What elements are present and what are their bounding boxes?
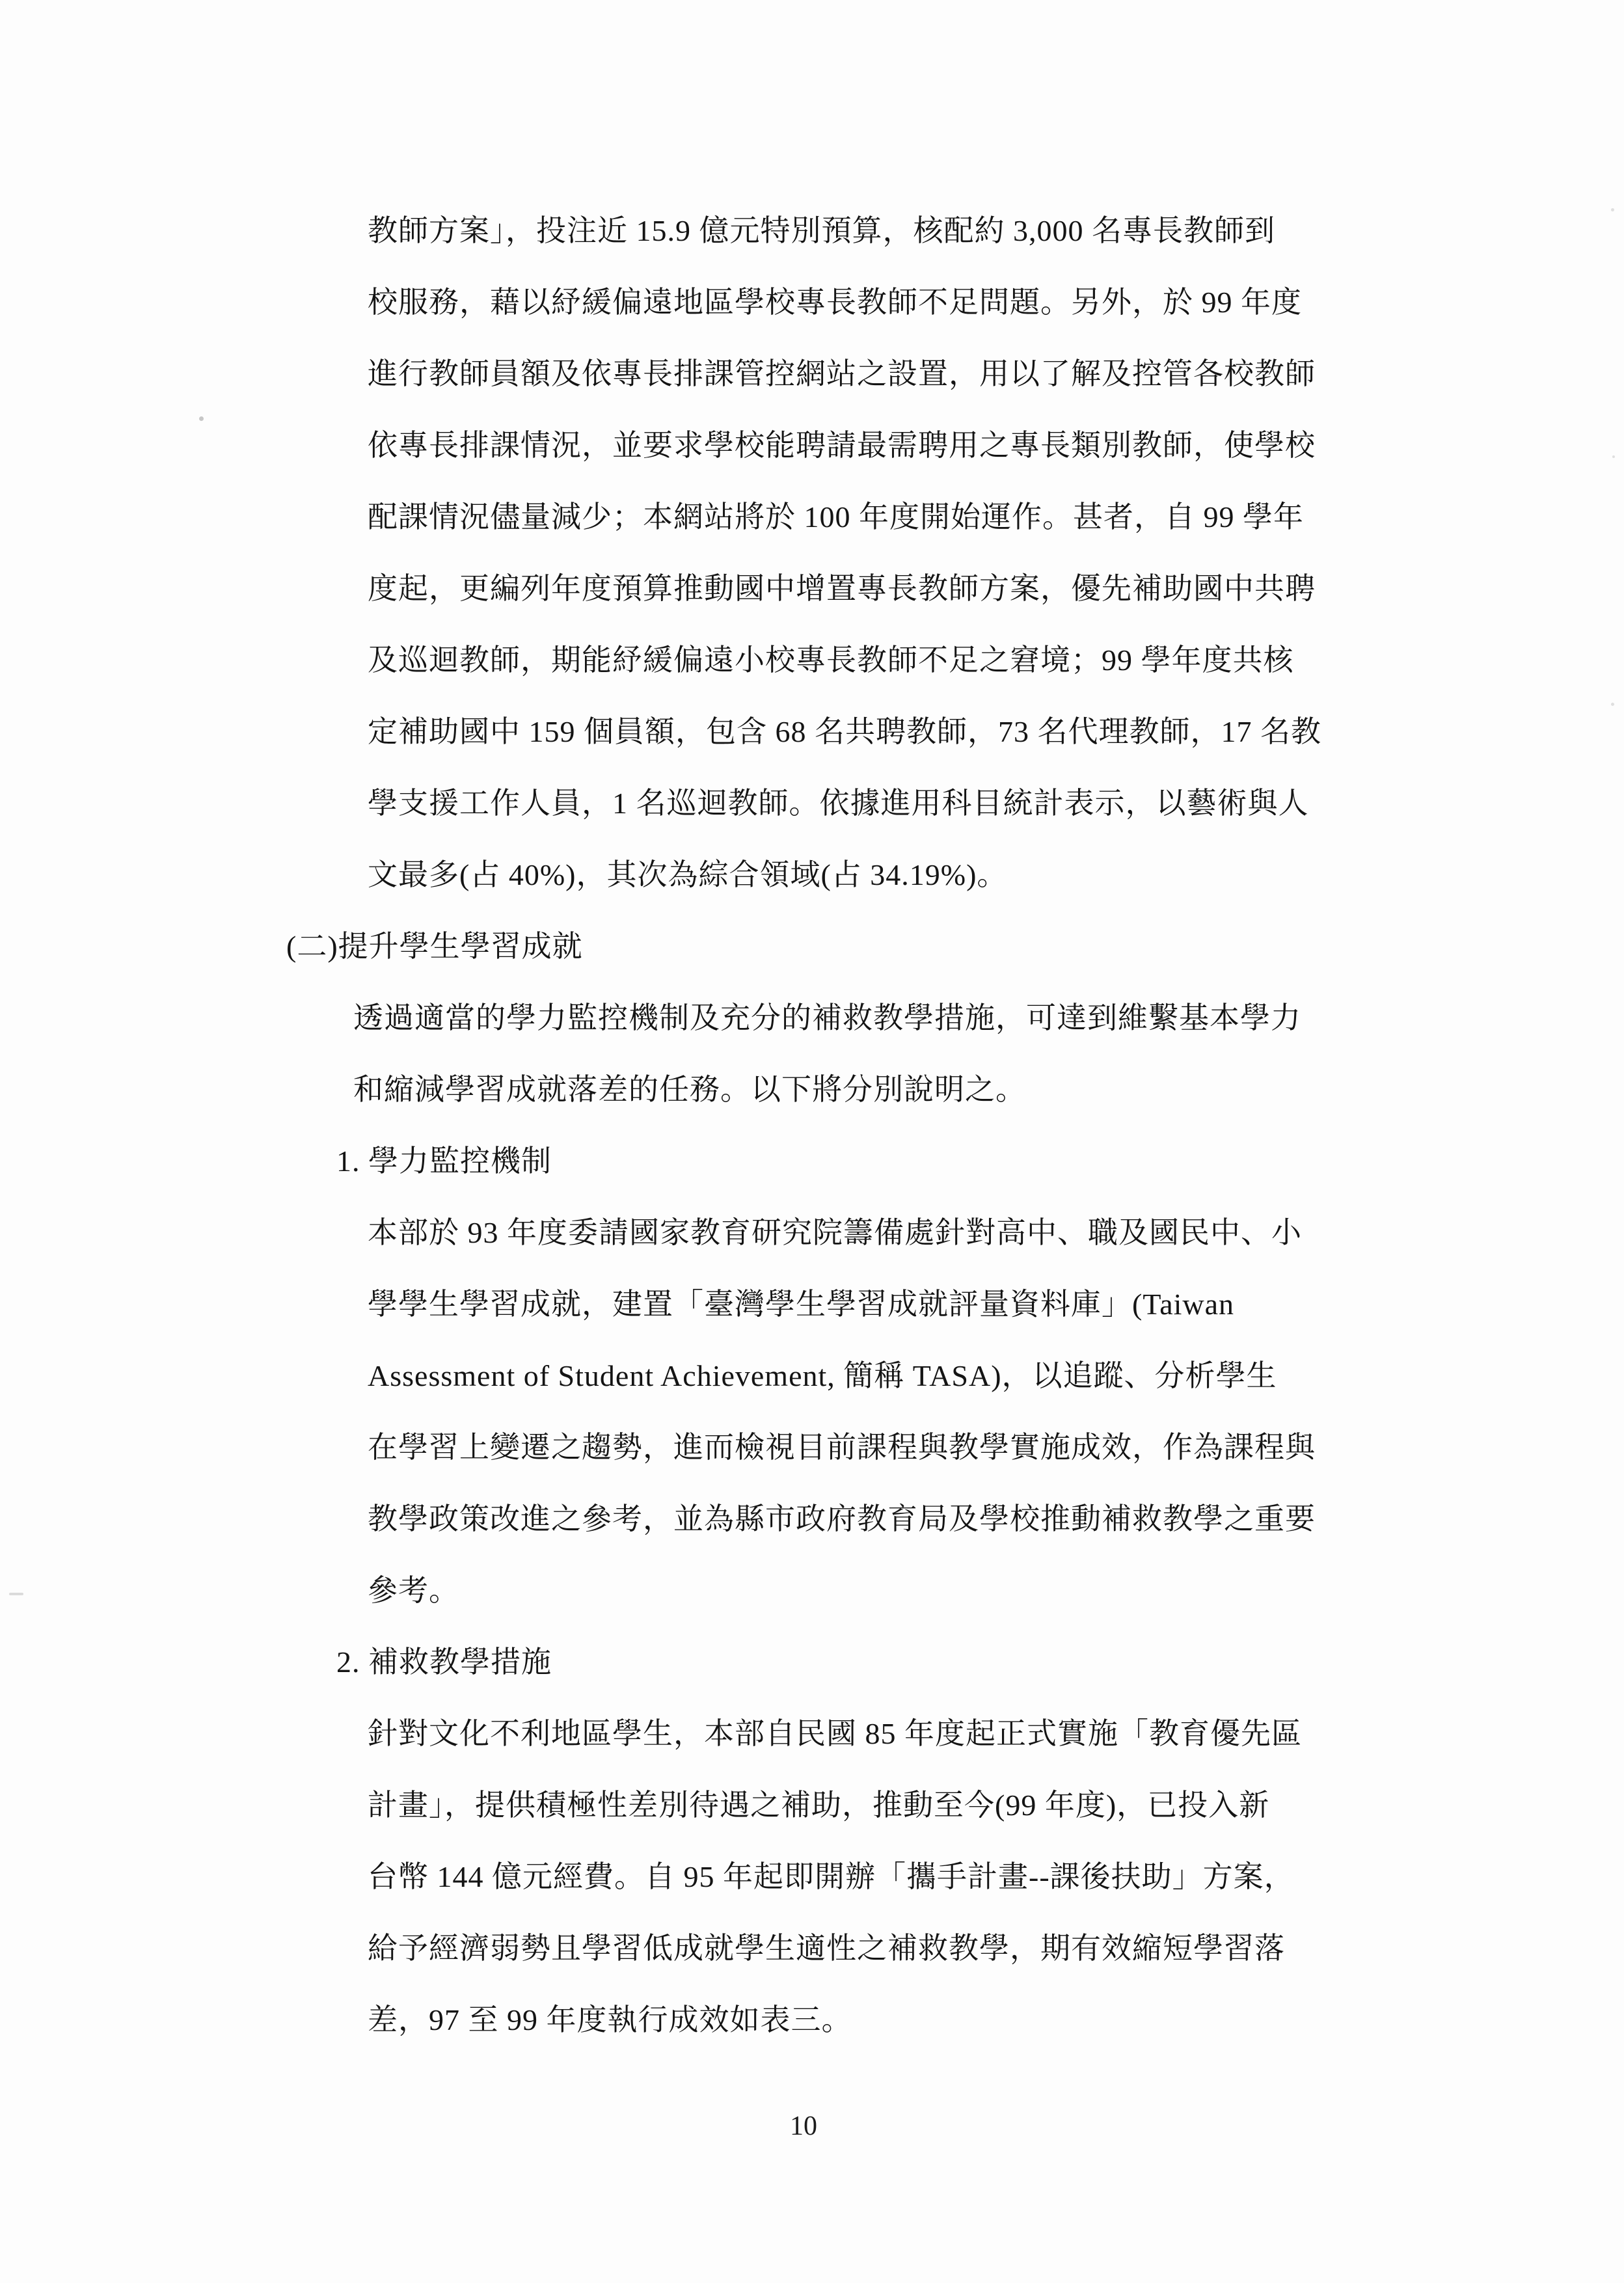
text-line: 計畫」，提供積極性差別待遇之補助，推動至今(99 年度)，已投入新 — [0, 1770, 1624, 1841]
text-line: 教師方案」，投注近 15.9 億元特別預算，核配約 3,000 名專長教師到 — [0, 195, 1624, 267]
text-line: 教學政策改進之參考，並為縣市政府教育局及學校推動補救教學之重要 — [0, 1483, 1624, 1555]
text-line: 進行教師員額及依專長排課管控網站之設置，用以了解及控管各校教師 — [0, 338, 1624, 410]
scan-speck — [1611, 703, 1614, 706]
text-line: 及巡迴教師，期能紓緩偏遠小校專長教師不足之窘境；99 學年度共核 — [0, 625, 1624, 696]
scan-speck — [199, 416, 204, 421]
text-line: Assessment of Student Achievement, 簡稱 TA… — [0, 1340, 1624, 1412]
text-line: 依專長排課情況，並要求學校能聘請最需聘用之專長類別教師，使學校 — [0, 410, 1624, 481]
text-line: 針對文化不利地區學生，本部自民國 85 年度起正式實施「教育優先區 — [0, 1698, 1624, 1770]
text-line: 台幣 144 億元經費。自 95 年起即開辦「攜手計畫--課後扶助」方案， — [0, 1841, 1624, 1913]
text-line: 學學生學習成就，建置「臺灣學生學習成就評量資料庫」(Taiwan — [0, 1269, 1624, 1340]
text-line: 透過適當的學力監控機制及充分的補救教學措施，可達到維繫基本學力 — [0, 982, 1624, 1054]
section-heading: (二)提升學生學習成就 — [0, 911, 1624, 982]
text-line: 給予經濟弱勢且學習低成就學生適性之補救教學，期有效縮短學習落 — [0, 1913, 1624, 1984]
text-line: 在學習上變遷之趨勢，進而檢視目前課程與教學實施成效，作為課程與 — [0, 1412, 1624, 1483]
text-line: 和縮減學習成就落差的任務。以下將分別說明之。 — [0, 1054, 1624, 1126]
scan-speck — [1612, 455, 1615, 458]
text-block: 教師方案」，投注近 15.9 億元特別預算，核配約 3,000 名專長教師到 校… — [0, 195, 1624, 2056]
text-line: 配課情況儘量減少；本網站將於 100 年度開始運作。甚者，自 99 學年 — [0, 481, 1624, 553]
text-line: 度起，更編列年度預算推動國中增置專長教師方案，優先補助國中共聘 — [0, 553, 1624, 625]
scanned-document-page: 教師方案」，投注近 15.9 億元特別預算，核配約 3,000 名專長教師到 校… — [0, 0, 1624, 2283]
text-line: 本部於 93 年度委請國家教育研究院籌備處針對高中、職及國民中、小 — [0, 1197, 1624, 1269]
text-line: 文最多(占 40%)，其次為綜合領域(占 34.19%)。 — [0, 839, 1624, 911]
scan-speck — [9, 1593, 23, 1595]
text-line: 學支援工作人員，1 名巡迴教師。依據進用科目統計表示，以藝術與人 — [0, 768, 1624, 839]
text-line: 參考。 — [0, 1555, 1624, 1627]
text-line: 差，97 至 99 年度執行成效如表三。 — [0, 1984, 1624, 2056]
text-line: 校服務，藉以紓緩偏遠地區學校專長教師不足問題。另外，於 99 年度 — [0, 267, 1624, 338]
page-number: 10 — [0, 2107, 1607, 2146]
numbered-heading: 2. 補救教學措施 — [0, 1627, 1624, 1698]
numbered-heading: 1. 學力監控機制 — [0, 1126, 1624, 1197]
scan-speck — [1611, 208, 1614, 211]
text-line: 定補助國中 159 個員額，包含 68 名共聘教師，73 名代理教師，17 名教 — [0, 696, 1624, 768]
